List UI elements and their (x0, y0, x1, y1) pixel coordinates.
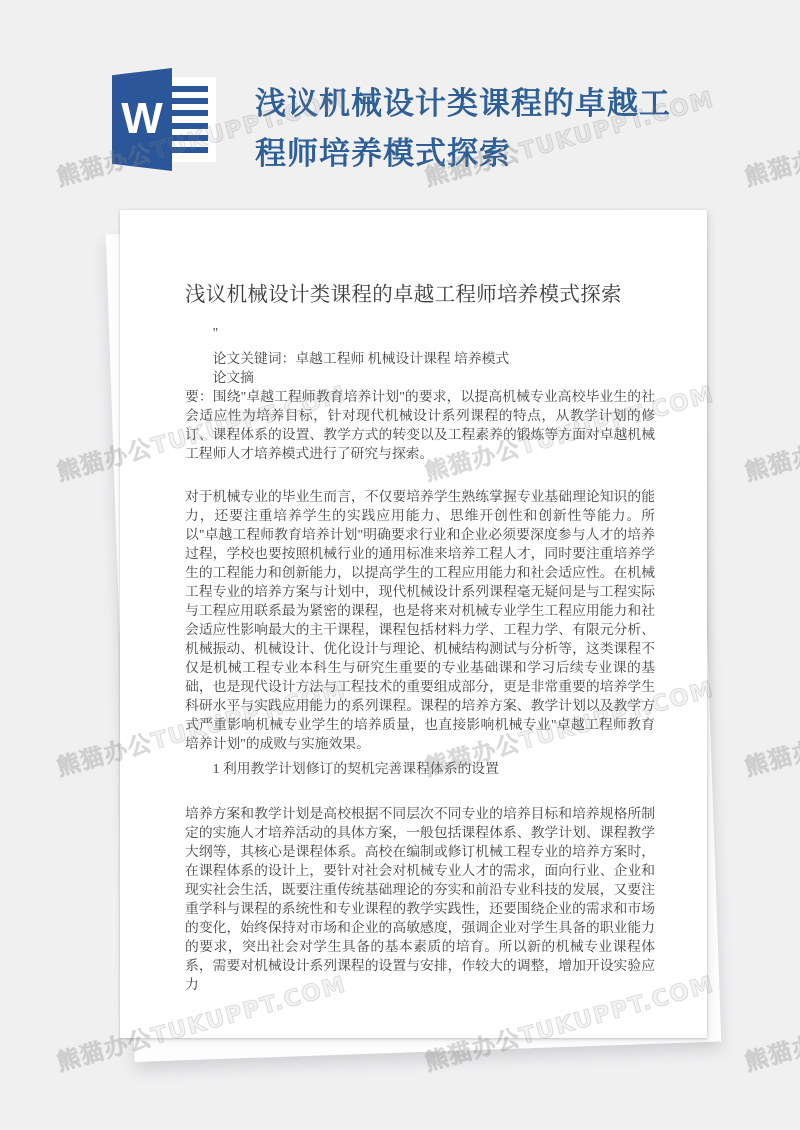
word-w-letter: W (121, 97, 163, 141)
watermark: 熊猫办公TUKUPPT.COM (741, 966, 800, 1078)
doc-keywords: 论文关键词：卓越工程师 机械设计课程 培养模式 (185, 349, 655, 368)
doc-paragraph-1: 对于机械专业的毕业生而言，不仅要培养学生熟练掌握专业基础理论知识的能力，还要注重… (185, 487, 655, 753)
doc-abstract-label: 论文摘 (185, 368, 655, 387)
doc-quote-mark: " (185, 323, 655, 342)
document-preview-page: 浅议机械设计类课程的卓越工程师培养模式探索 " 论文关键词：卓越工程师 机械设计… (120, 210, 707, 1038)
page-title: 浅议机械设计类课程的卓越工程师培养模式探索 (255, 79, 693, 179)
sheet-line (168, 86, 208, 92)
word-flag: W (112, 68, 172, 171)
sheet-line (168, 98, 208, 104)
word-file-icon: W (112, 68, 216, 171)
doc-title: 浅议机械设计类课程的卓越工程师培养模式探索 (185, 280, 655, 310)
sheet-line (168, 147, 208, 153)
sheet-line (168, 135, 208, 141)
watermark: 熊猫办公TUKUPPT.COM (741, 671, 800, 783)
doc-paragraph-2: 培养方案和教学计划是高校根据不同层次不同专业的培养目标和培养规格所制定的实施人才… (185, 804, 655, 994)
site-header: W 浅议机械设计类课程的卓越工程师培养模式探索 (0, 0, 800, 210)
doc-abstract: 要：围绕"卓越工程师教育培养计划"的要求，以提高机械专业高校毕业生的社会适应性为… (185, 387, 655, 463)
watermark: 熊猫办公TUKUPPT.COM (741, 376, 800, 488)
doc-section-heading-1: 1 利用教学计划修订的契机完善课程体系的设置 (185, 759, 655, 778)
sheet-line (168, 110, 208, 116)
sheet-line (168, 123, 208, 129)
